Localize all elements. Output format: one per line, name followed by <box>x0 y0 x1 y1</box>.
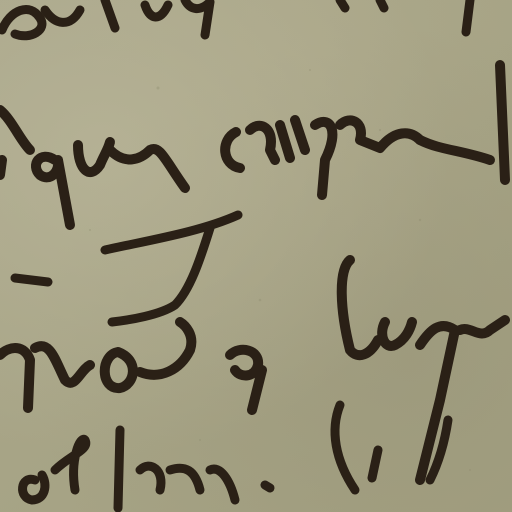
handwriting-line-2 <box>0 65 505 225</box>
handwriting-line-1 <box>2 0 470 36</box>
handwriting-flourish-J <box>15 215 238 322</box>
aged-paper-background <box>0 0 512 512</box>
handwriting-ink-strokes <box>0 0 512 512</box>
handwriting-line-5 <box>23 405 448 508</box>
